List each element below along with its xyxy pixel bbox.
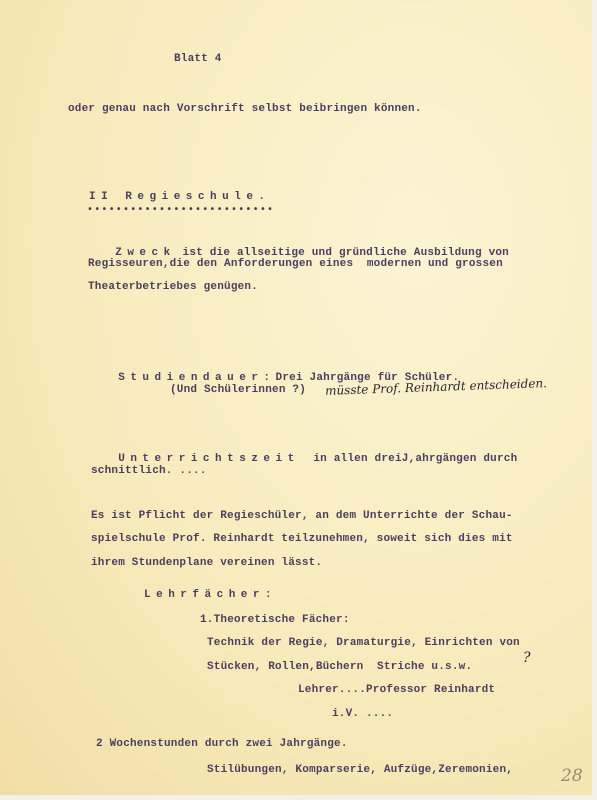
practical-subjects-line-1: Stilübungen, Komparserie, Aufzüge,Zeremo… (207, 764, 513, 776)
theoretical-subjects-line-2: Stücken, Rollen,Büchern Striche u.s.w. (207, 661, 472, 673)
purpose-line-3: Theaterbetriebes genügen. (88, 281, 258, 293)
sheet-label: Blatt 4 (174, 53, 222, 65)
duration-note: (Und Schülerinnen ?) (170, 384, 306, 396)
section-heading: II Regieschule. (89, 191, 271, 203)
obligation-line-3: ihrem Stundenplane vereinen lässt. (91, 557, 322, 569)
continuation-text: oder genau nach Vorschrift selbst beibri… (68, 103, 422, 115)
subjects-label: Lehrfächer: (144, 589, 277, 601)
weekly-hours-line: 2 Wochenstunden durch zwei Jahrgänge. (96, 738, 348, 750)
teaching-time-text: in allen dreiJ,ahrgängen durch (300, 453, 518, 465)
obligation-line-2: spielschule Prof. Reinhardt teilzunehmen… (91, 533, 513, 545)
teacher-line: Lehrer....Professor Reinhardt (298, 684, 495, 696)
section-underline: •••••••••••••••••••••••••• (87, 205, 274, 216)
obligation-line-1: Es ist Pflicht der Regieschüler, an dem … (91, 510, 513, 522)
document-page: Blatt 4 oder genau nach Vorschrift selbs… (0, 0, 592, 795)
theoretical-subjects-line-1: Technik der Regie, Dramaturgie, Einricht… (207, 637, 520, 649)
margin-question-mark: ? (523, 650, 531, 666)
teaching-time-line-2: schnittlich. .... (91, 465, 207, 477)
teaching-time-label: Unterrichtszeit (118, 453, 300, 465)
deputy-line: i.V. .... (332, 708, 393, 720)
duration-label: Studiendauer: (118, 372, 275, 384)
page-number: 28 (561, 766, 583, 786)
theoretical-subjects-title: 1.Theoretische Fächer: (200, 614, 350, 626)
purpose-line-2: Regisseuren,die den Anforderungen eines … (88, 258, 503, 270)
